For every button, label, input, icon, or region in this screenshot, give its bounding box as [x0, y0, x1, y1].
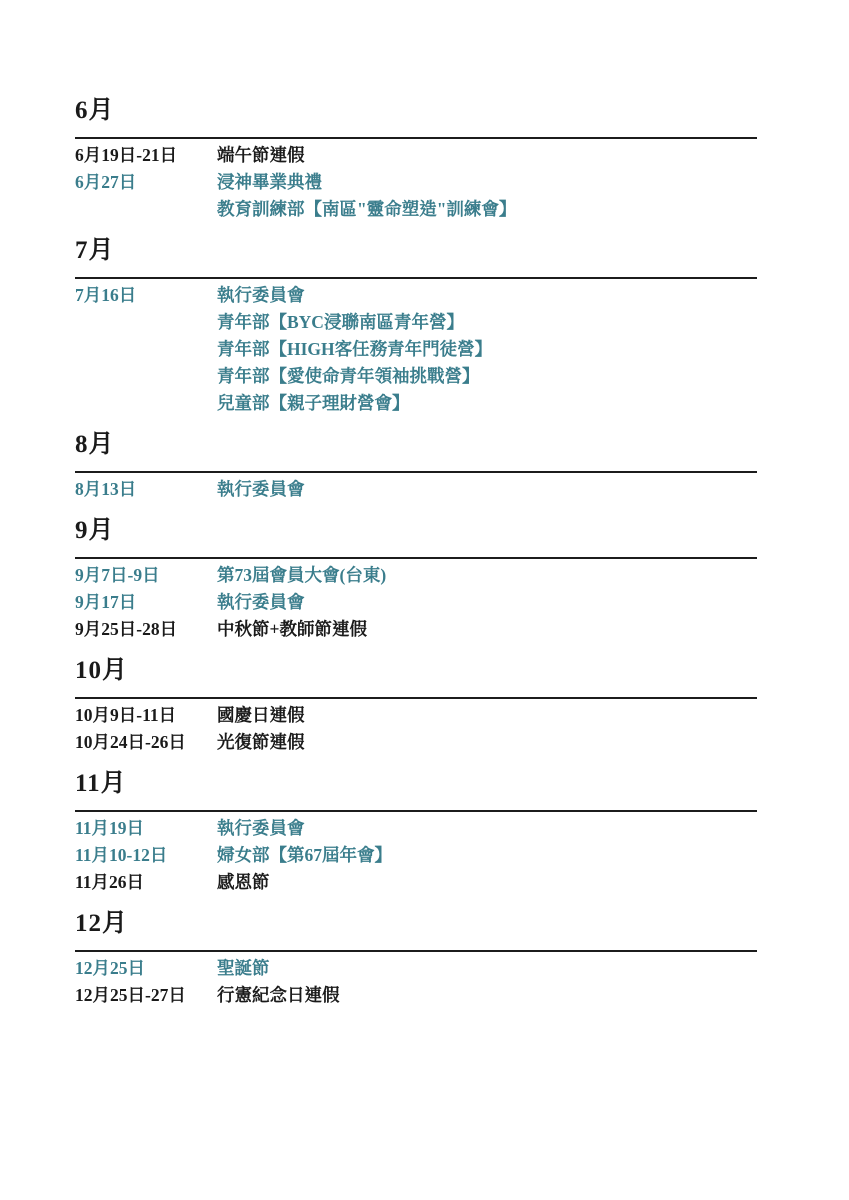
- schedule-row: 6月19日-21日 端午節連假: [75, 142, 757, 169]
- schedule-row: 兒童部【親子理財營會】: [75, 390, 757, 417]
- schedule-row: 12月25日 聖誕節: [75, 955, 757, 982]
- month-rows: 9月7日-9日 第73屆會員大會(台東) 9月17日 執行委員會 9月25日-2…: [75, 559, 757, 643]
- row-event: 教育訓練部【南區"靈命塑造"訓練會】: [217, 196, 757, 223]
- calendar-page: 6月 6月19日-21日 端午節連假 6月27日 浸神畢業典禮 教育訓練部【南區…: [0, 0, 849, 1200]
- schedule-row: 青年部【BYC浸聯南區青年營】: [75, 309, 757, 336]
- schedule-row: 10月9日-11日 國慶日連假: [75, 702, 757, 729]
- schedule-row: 青年部【愛使命青年領袖挑戰營】: [75, 363, 757, 390]
- schedule-row: 青年部【HIGH客任務青年門徒營】: [75, 336, 757, 363]
- row-date: 9月25日-28日: [75, 616, 217, 643]
- schedule-row: 7月16日 執行委員會: [75, 282, 757, 309]
- month-section: 9月 9月7日-9日 第73屆會員大會(台東) 9月17日 執行委員會 9月25…: [75, 518, 757, 643]
- schedule-row: 9月17日 執行委員會: [75, 589, 757, 616]
- month-title: 8月: [75, 432, 757, 458]
- month-section: 6月 6月19日-21日 端午節連假 6月27日 浸神畢業典禮 教育訓練部【南區…: [75, 98, 757, 223]
- schedule-row: 11月10-12日 婦女部【第67屆年會】: [75, 842, 757, 869]
- month-section: 12月 12月25日 聖誕節 12月25日-27日 行憲紀念日連假: [75, 911, 757, 1009]
- schedule-row: 9月7日-9日 第73屆會員大會(台東): [75, 562, 757, 589]
- schedule-row: 11月19日 執行委員會: [75, 815, 757, 842]
- row-date: 9月7日-9日: [75, 562, 217, 589]
- row-date: 12月25日-27日: [75, 982, 217, 1009]
- row-event: 國慶日連假: [217, 702, 757, 729]
- row-date: 10月24日-26日: [75, 729, 217, 756]
- row-event: 感恩節: [217, 869, 757, 896]
- calendar-content: 6月 6月19日-21日 端午節連假 6月27日 浸神畢業典禮 教育訓練部【南區…: [75, 98, 757, 1009]
- row-event: 青年部【HIGH客任務青年門徒營】: [217, 336, 757, 363]
- row-date: 10月9日-11日: [75, 702, 217, 729]
- month-title: 10月: [75, 658, 757, 684]
- schedule-row: 11月26日 感恩節: [75, 869, 757, 896]
- row-event: 兒童部【親子理財營會】: [217, 390, 757, 417]
- month-title: 7月: [75, 238, 757, 264]
- schedule-row: 8月13日 執行委員會: [75, 476, 757, 503]
- month-rows: 11月19日 執行委員會 11月10-12日 婦女部【第67屆年會】 11月26…: [75, 812, 757, 896]
- month-rows: 12月25日 聖誕節 12月25日-27日 行憲紀念日連假: [75, 952, 757, 1009]
- row-date: 9月17日: [75, 589, 217, 616]
- month-title: 9月: [75, 518, 757, 544]
- row-date: 11月10-12日: [75, 842, 217, 869]
- row-event: 光復節連假: [217, 729, 757, 756]
- row-date: 7月16日: [75, 282, 217, 309]
- row-event: 青年部【BYC浸聯南區青年營】: [217, 309, 757, 336]
- row-date: 8月13日: [75, 476, 217, 503]
- month-section: 11月 11月19日 執行委員會 11月10-12日 婦女部【第67屆年會】 1…: [75, 771, 757, 896]
- row-event: 浸神畢業典禮: [217, 169, 757, 196]
- row-date: 12月25日: [75, 955, 217, 982]
- month-rows: 10月9日-11日 國慶日連假 10月24日-26日 光復節連假: [75, 699, 757, 756]
- month-section: 10月 10月9日-11日 國慶日連假 10月24日-26日 光復節連假: [75, 658, 757, 756]
- schedule-row: 9月25日-28日 中秋節+教師節連假: [75, 616, 757, 643]
- month-section: 7月 7月16日 執行委員會 青年部【BYC浸聯南區青年營】 青年部【HIGH客…: [75, 238, 757, 417]
- row-event: 青年部【愛使命青年領袖挑戰營】: [217, 363, 757, 390]
- row-event: 行憲紀念日連假: [217, 982, 757, 1009]
- row-event: 執行委員會: [217, 589, 757, 616]
- month-rows: 7月16日 執行委員會 青年部【BYC浸聯南區青年營】 青年部【HIGH客任務青…: [75, 279, 757, 417]
- row-date: 11月26日: [75, 869, 217, 896]
- month-title: 6月: [75, 98, 757, 124]
- row-event: 端午節連假: [217, 142, 757, 169]
- row-event: 聖誕節: [217, 955, 757, 982]
- row-event: 執行委員會: [217, 815, 757, 842]
- row-event: 中秋節+教師節連假: [217, 616, 757, 643]
- month-section: 8月 8月13日 執行委員會: [75, 432, 757, 503]
- month-rows: 8月13日 執行委員會: [75, 473, 757, 503]
- schedule-row: 教育訓練部【南區"靈命塑造"訓練會】: [75, 196, 757, 223]
- schedule-row: 10月24日-26日 光復節連假: [75, 729, 757, 756]
- schedule-row: 6月27日 浸神畢業典禮: [75, 169, 757, 196]
- row-event: 執行委員會: [217, 476, 757, 503]
- row-event: 婦女部【第67屆年會】: [217, 842, 757, 869]
- row-event: 執行委員會: [217, 282, 757, 309]
- row-date: 11月19日: [75, 815, 217, 842]
- month-title: 11月: [75, 771, 757, 797]
- schedule-row: 12月25日-27日 行憲紀念日連假: [75, 982, 757, 1009]
- row-date: 6月19日-21日: [75, 142, 217, 169]
- month-rows: 6月19日-21日 端午節連假 6月27日 浸神畢業典禮 教育訓練部【南區"靈命…: [75, 139, 757, 223]
- row-event: 第73屆會員大會(台東): [217, 562, 757, 589]
- row-date: 6月27日: [75, 169, 217, 196]
- month-title: 12月: [75, 911, 757, 937]
